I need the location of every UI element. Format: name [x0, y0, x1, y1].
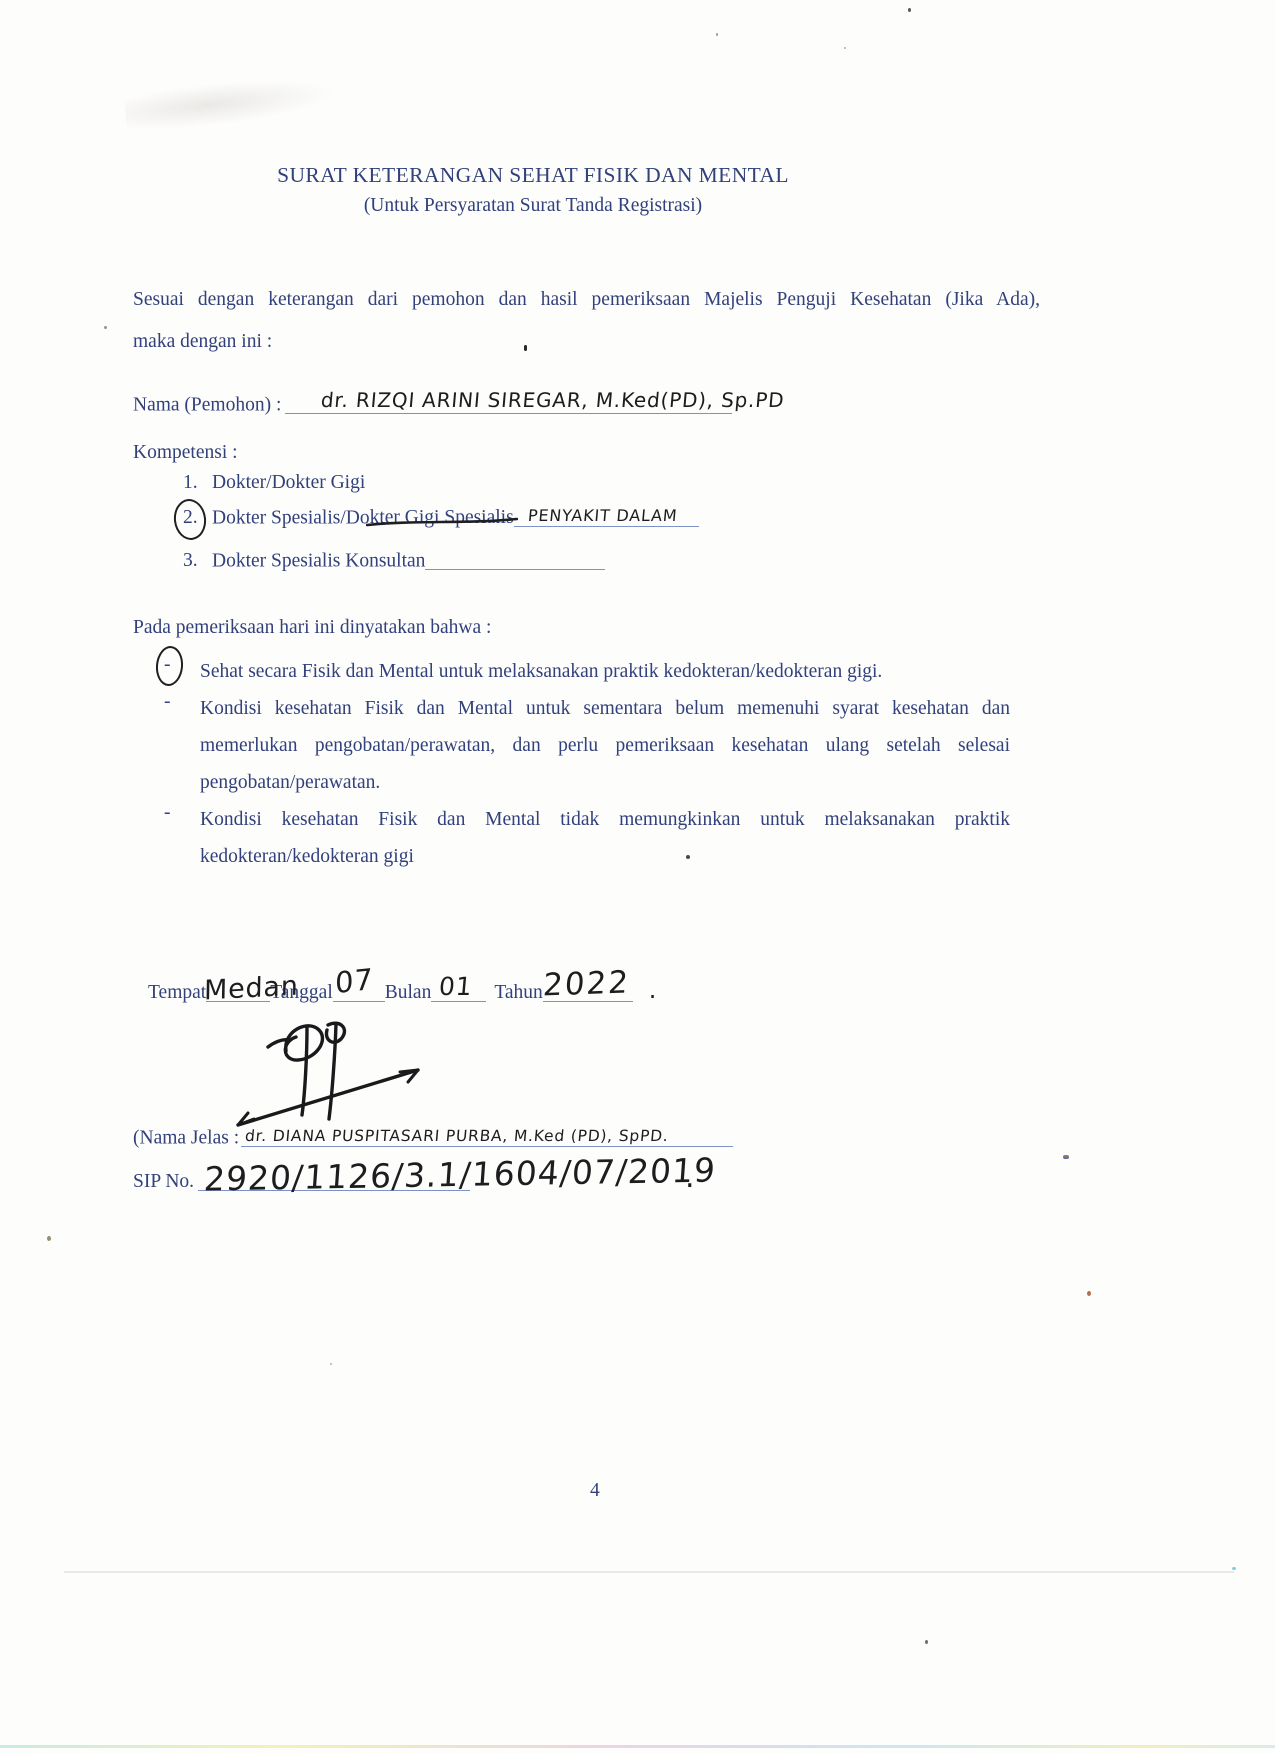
- signer-name-row: (Nama Jelas :dr. DIANA PUSPITASARI PURBA…: [133, 1126, 733, 1150]
- document-subtitle: (Untuk Persyaratan Surat Tanda Registras…: [133, 194, 933, 217]
- pen-dot: [524, 345, 527, 351]
- sip-handwriting: 2920/1126/3.1/1604/07/2019: [203, 1151, 718, 1200]
- item-text: Dokter/Dokter Gigi: [212, 472, 365, 493]
- statement-option-3: - Kondisi kesehatan Fisik dan Mental tid…: [164, 801, 1010, 875]
- tanggal-field: 07: [333, 981, 385, 1002]
- scan-speck: [1232, 1567, 1236, 1570]
- scan-speck: [330, 1363, 332, 1365]
- place-date-row: TempatMedanTanggal07Bulan01Tahun2022.: [148, 976, 657, 1005]
- sip-label: SIP No.: [133, 1171, 194, 1192]
- scan-speck: [1063, 1155, 1069, 1159]
- item-text-normal: Dokter Spesialis/Do: [212, 507, 370, 528]
- intro-line-2: maka dengan ini :: [133, 330, 272, 353]
- sip-field: 2920/1126/3.1/1604/07/2019: [198, 1170, 470, 1191]
- item-number: 3.: [183, 549, 212, 572]
- scan-speck: [908, 8, 911, 12]
- scan-speck: [925, 1640, 928, 1644]
- competency-item-3: 3.Dokter Spesialis Konsultan: [183, 549, 605, 573]
- tempat-handwriting: Medan: [204, 970, 299, 1007]
- option-marker: -: [164, 801, 200, 875]
- scan-speck: [47, 1236, 51, 1241]
- intro-line-1: Sesuai dengan keterangan dari pemohon da…: [133, 288, 1040, 311]
- bulan-field: 01: [431, 981, 486, 1002]
- competency-label: Kompetensi :: [133, 441, 238, 464]
- scan-smudge: [123, 71, 336, 135]
- item-text: Dokter Spesialis Konsultan: [212, 550, 425, 571]
- applicant-name-row: Nama (Pemohon) :dr. RIZQI ARINI SIREGAR,…: [133, 393, 732, 417]
- pen-strikethrough: [366, 516, 518, 528]
- tanggal-handwriting: 07: [335, 962, 373, 1001]
- statement-option-2: - Kondisi kesehatan Fisik dan Mental unt…: [164, 690, 1010, 801]
- option-text: Kondisi kesehatan Fisik dan Mental untuk…: [200, 690, 1010, 801]
- tempat-label: Tempat: [148, 982, 206, 1003]
- page-number: 4: [590, 1479, 600, 1502]
- period-mark: .: [649, 976, 657, 1004]
- applicant-name-field: dr. RIZQI ARINI SIREGAR, M.Ked(PD), Sp.P…: [285, 393, 732, 414]
- pen-circle-option-1: [154, 645, 184, 687]
- specialty-field: PENYAKIT DALAM: [514, 506, 699, 527]
- nama-jelas-handwriting: dr. DIANA PUSPITASARI PURBA, M.Ked (PD),…: [244, 1127, 669, 1146]
- tahun-handwriting: 2022: [542, 964, 631, 1004]
- bulan-label: Bulan: [385, 982, 432, 1003]
- scan-artifact-line: [64, 1571, 1234, 1573]
- statement-option-1: - Sehat secara Fisik dan Mental untuk me…: [164, 653, 1010, 690]
- item-text-struck: kter Gigi Spesialis: [370, 506, 514, 529]
- sip-row: SIP No.2920/1126/3.1/1604/07/2019.: [133, 1160, 695, 1196]
- bulan-handwriting: 01: [438, 972, 474, 1002]
- nama-jelas-label: (Nama Jelas :: [133, 1127, 239, 1148]
- applicant-name-handwriting: dr. RIZQI ARINI SIREGAR, M.Ked(PD), Sp.P…: [320, 388, 786, 412]
- nama-jelas-field: dr. DIANA PUSPITASARI PURBA, M.Ked (PD),…: [241, 1126, 733, 1147]
- item-number: 1.: [183, 471, 212, 494]
- consultant-field: [425, 549, 605, 570]
- option-text: Kondisi kesehatan Fisik dan Mental tidak…: [200, 801, 1010, 875]
- option-marker: -: [164, 690, 200, 801]
- tahun-label: Tahun: [494, 982, 542, 1003]
- scan-speck: [104, 326, 107, 329]
- scan-edge-line: [0, 1745, 1275, 1748]
- statement-label: Pada pemeriksaan hari ini dinyatakan bah…: [133, 616, 491, 639]
- option-marker: -: [164, 653, 200, 690]
- document-title: SURAT KETERANGAN SEHAT FISIK DAN MENTAL: [133, 163, 933, 189]
- scan-speck: [844, 47, 846, 49]
- specialty-handwriting: PENYAKIT DALAM: [527, 506, 678, 525]
- scan-speck: [716, 33, 718, 36]
- tempat-field: Medan: [206, 981, 270, 1002]
- pen-circle-item-2: [172, 498, 209, 543]
- signature-scribble: [228, 1015, 438, 1135]
- applicant-name-label: Nama (Pemohon) :: [133, 394, 281, 415]
- tahun-field: 2022: [543, 981, 633, 1002]
- scan-speck: [686, 855, 690, 859]
- option-text: Sehat secara Fisik dan Mental untuk mela…: [200, 653, 1010, 690]
- competency-item-1: 1.Dokter/Dokter Gigi: [183, 471, 365, 494]
- competency-item-2: 2. Dokter Spesialis/Do kter Gigi Spesial…: [183, 506, 699, 530]
- scan-speck: [1087, 1291, 1091, 1296]
- item-number: 2.: [183, 506, 212, 529]
- scanned-document-page: SURAT KETERANGAN SEHAT FISIK DAN MENTAL …: [0, 0, 1275, 1754]
